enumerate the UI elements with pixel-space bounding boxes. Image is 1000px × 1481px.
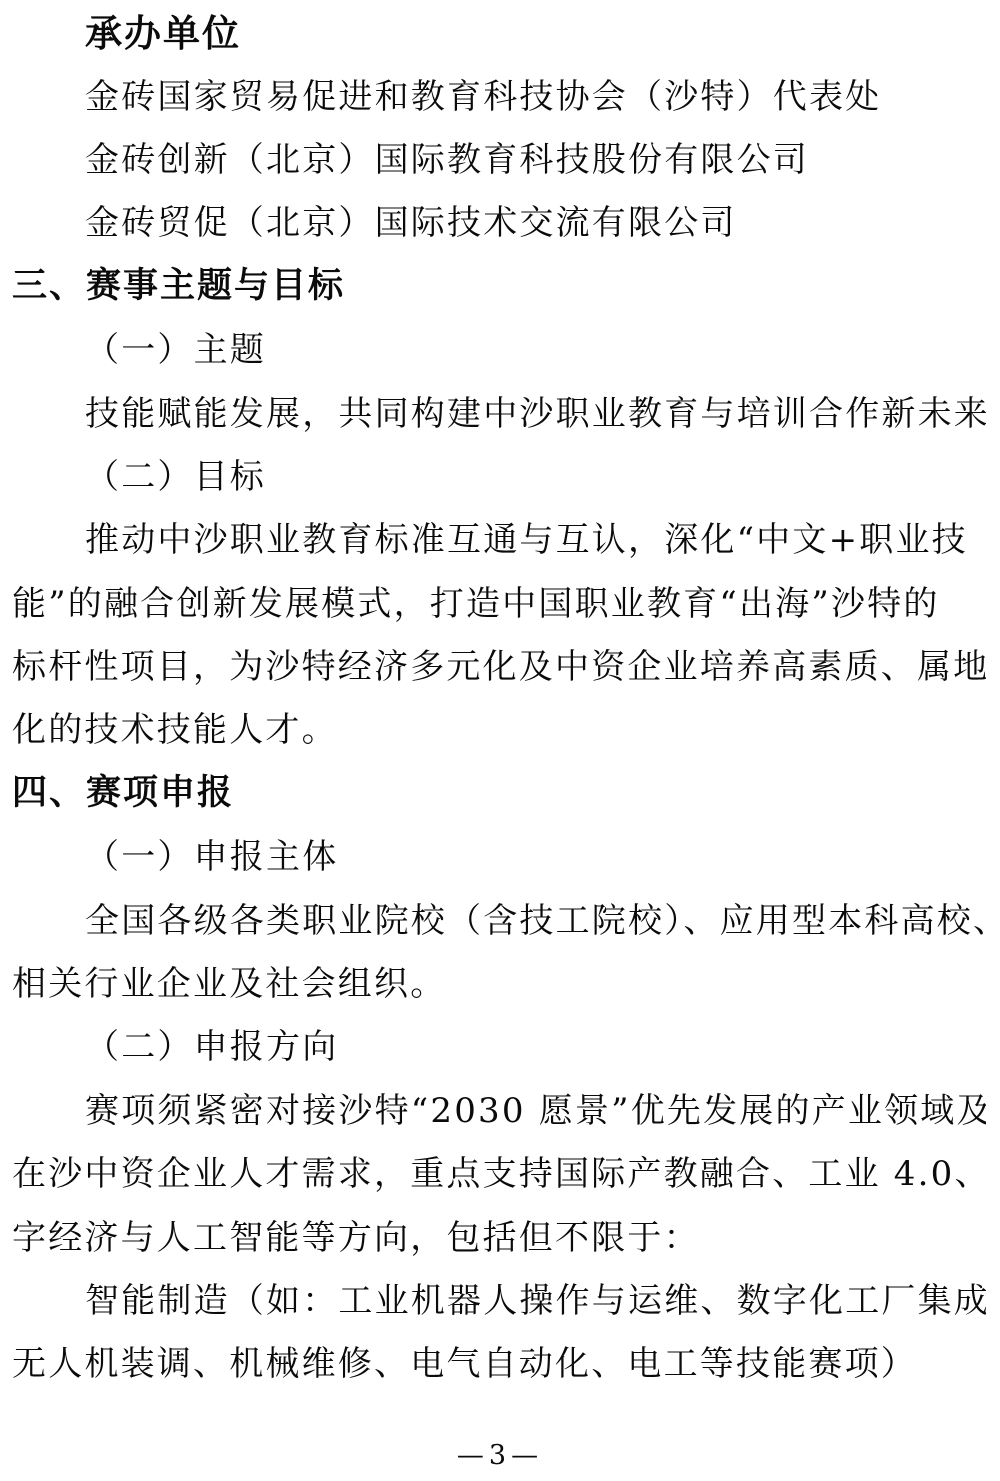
- text-line: 字经济与人工智能等方向，包括但不限于：: [12, 1202, 986, 1265]
- document-page: 承办单位金砖国家贸易促进和教育科技协会（沙特）代表处金砖创新（北京）国际教育科技…: [0, 0, 1000, 1481]
- text-line: 三、赛事主题与目标: [12, 252, 986, 315]
- text-line: 标杆性项目，为沙特经济多元化及中资企业培养高素质、属地: [12, 632, 986, 695]
- text-line: （二）目标: [12, 442, 986, 505]
- text-line: （一）主题: [12, 315, 986, 378]
- text-line: （一）申报主体: [12, 822, 986, 885]
- text-line: 智能制造（如：工业机器人操作与运维、数字化工厂集成、: [12, 1266, 986, 1329]
- text-line: 推动中沙职业教育标准互通与互认，深化“中文+职业技: [12, 505, 986, 568]
- text-line: 金砖国家贸易促进和教育科技协会（沙特）代表处: [12, 61, 986, 124]
- text-line: 相关行业企业及社会组织。: [12, 949, 986, 1012]
- text-line: 承办单位: [12, 0, 986, 61]
- text-line: 金砖贸促（北京）国际技术交流有限公司: [12, 188, 986, 251]
- text-line: （二）申报方向: [12, 1012, 986, 1075]
- text-line: 金砖创新（北京）国际教育科技股份有限公司: [12, 125, 986, 188]
- text-line: 全国各级各类职业院校（含技工院校）、应用型本科高校、: [12, 885, 986, 948]
- page-number: —3—: [0, 1440, 1000, 1471]
- text-line: 四、赛项申报: [12, 759, 986, 822]
- text-line: 技能赋能发展，共同构建中沙职业教育与培训合作新未来: [12, 378, 986, 441]
- text-line: 化的技术技能人才。: [12, 695, 986, 758]
- text-line: 赛项须紧密对接沙特“2030 愿景”优先发展的产业领域及: [12, 1076, 986, 1139]
- document-body: 承办单位金砖国家贸易促进和教育科技协会（沙特）代表处金砖创新（北京）国际教育科技…: [12, 0, 986, 1393]
- text-line: 无人机装调、机械维修、电气自动化、电工等技能赛项）: [12, 1329, 986, 1392]
- text-line: 在沙中资企业人才需求，重点支持国际产教融合、工业 4.0、数: [12, 1139, 986, 1202]
- text-line: 能”的融合创新发展模式，打造中国职业教育“出海”沙特的: [12, 569, 986, 632]
